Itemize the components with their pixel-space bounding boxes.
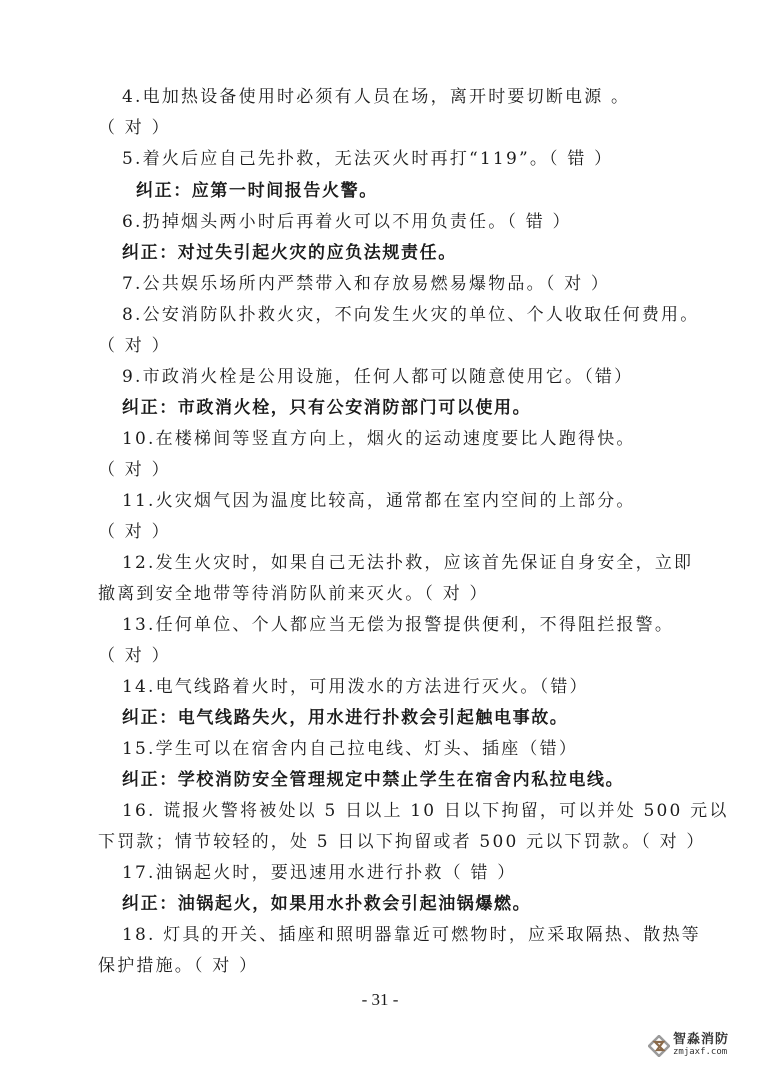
question-continuation: （ 对 ） — [98, 521, 171, 543]
watermark: 智淼消防 zmjaxf.com — [648, 1030, 758, 1062]
document-page: 4.电加热设备使用时必须有人员在场，离开时要切断电源 。（ 对 ）5.着火后应自… — [0, 0, 760, 1067]
correction-line: 纠正：学校消防安全管理规定中禁止学生在宿舍内私拉电线。 — [122, 769, 624, 791]
question-continuation: （ 对 ） — [98, 459, 171, 481]
question-item: 11.火灾烟气因为温度比较高，通常都在室内空间的上部分。 — [122, 490, 636, 512]
correction-line: 纠正：市政消火栓，只有公安消防部门可以使用。 — [122, 397, 531, 419]
page-number: - 31 - — [0, 990, 760, 1010]
question-item: 7.公共娱乐场所内严禁带入和存放易燃易爆物品。（ 对 ） — [122, 273, 610, 295]
question-continuation: （ 对 ） — [98, 117, 171, 139]
zmjaxf-logo-icon — [648, 1035, 670, 1057]
watermark-name: 智淼消防 — [673, 1033, 729, 1046]
question-continuation: 保护措施。（ 对 ） — [98, 955, 258, 977]
question-item: 6.扔掉烟头两小时后再着火可以不用负责任。（ 错 ） — [122, 211, 572, 233]
question-item: 5.着火后应自己先扑救，无法灭火时再打“119”。（ 错 ） — [122, 148, 613, 170]
question-item: 12.发生火灾时，如果自己无法扑救，应该首先保证自身安全，立即 — [122, 552, 693, 574]
question-item: 8.公安消防队扑救火灾，不向发生火灾的单位、个人收取任何费用。 — [122, 304, 699, 326]
watermark-url: zmjaxf.com — [673, 1046, 729, 1059]
question-item: 18. 灯具的开关、插座和照明器靠近可燃物时，应采取隔热、散热等 — [122, 924, 701, 946]
question-continuation: （ 对 ） — [98, 335, 171, 357]
question-item: 4.电加热设备使用时必须有人员在场，离开时要切断电源 。 — [122, 86, 630, 108]
correction-line: 纠正：应第一时间报告火警。 — [136, 180, 378, 202]
question-item: 17.油锅起火时，要迅速用水进行扑救（ 错 ） — [122, 862, 516, 884]
question-continuation: 下罚款；情节较轻的，处 5 日以下拘留或者 500 元以下罚款。（ 对 ） — [98, 831, 706, 853]
correction-line: 纠正：电气线路失火，用水进行扑救会引起触电事故。 — [122, 707, 568, 729]
question-item: 9.市政消火栓是公用设施，任何人都可以随意使用它。（错） — [122, 366, 633, 388]
question-item: 13.任何单位、个人都应当无偿为报警提供便利，不得阻拦报警。 — [122, 614, 674, 636]
question-continuation: 撤离到安全地带等待消防队前来灭火。（ 对 ） — [98, 583, 489, 605]
correction-line: 纠正：对过失引起火灾的应负法规责任。 — [122, 242, 457, 264]
question-item: 14.电气线路着火时，可用泼水的方法进行灭火。（错） — [122, 676, 589, 698]
question-item: 16. 谎报火警将被处以 5 日以上 10 日以下拘留，可以并处 500 元以 — [122, 800, 729, 822]
question-item: 10.在楼梯间等竖直方向上，烟火的运动速度要比人跑得快。 — [122, 428, 636, 450]
question-continuation: （ 对 ） — [98, 645, 171, 667]
question-item: 15.学生可以在宿舍内自己拉电线、灯头、插座（错） — [122, 738, 578, 760]
correction-line: 纠正：油锅起火，如果用水扑救会引起油锅爆燃。 — [122, 893, 531, 915]
